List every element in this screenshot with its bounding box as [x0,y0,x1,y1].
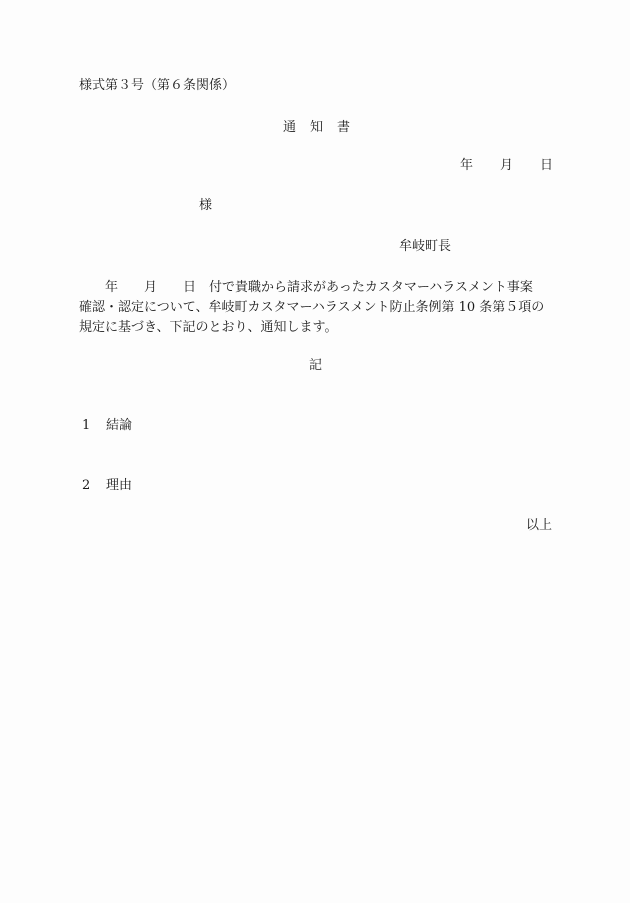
title-char: 書 [337,121,350,134]
item-reason: 2理由 [82,479,132,492]
item-conclusion: 1結論 [82,419,132,432]
title-char: 知 [310,121,323,134]
item-label: 理由 [106,478,132,493]
document-title: 通知書 [283,121,364,134]
date-month: 月 [500,159,513,172]
body-line: 確認・認定について、牟岐町カスタマーハラスメント防止条例第 10 条第５項の [79,298,554,318]
body-paragraph: 年 月 日 付で貴職から請求があったカスタマーハラスメント事案 確認・認定につい… [79,278,554,338]
item-number: 1 [82,419,106,432]
body-line: 規定に基づき、下記のとおり、通知します。 [79,318,554,338]
form-number: 様式第３号（第６条関係） [79,79,235,92]
body-line: 年 月 日 付で貴職から請求があったカスタマーハラスメント事案 [79,278,554,298]
date-year: 年 [460,159,473,172]
ki-heading: 記 [309,359,322,372]
addressee: 様 [199,199,212,212]
sender: 牟岐町長 [399,240,451,253]
title-char: 通 [283,121,296,134]
date-day: 日 [540,159,553,172]
date-line: 年月日 [460,159,553,172]
item-label: 結論 [106,418,132,433]
closing-text: 以上 [526,519,552,532]
item-number: 2 [82,479,106,492]
